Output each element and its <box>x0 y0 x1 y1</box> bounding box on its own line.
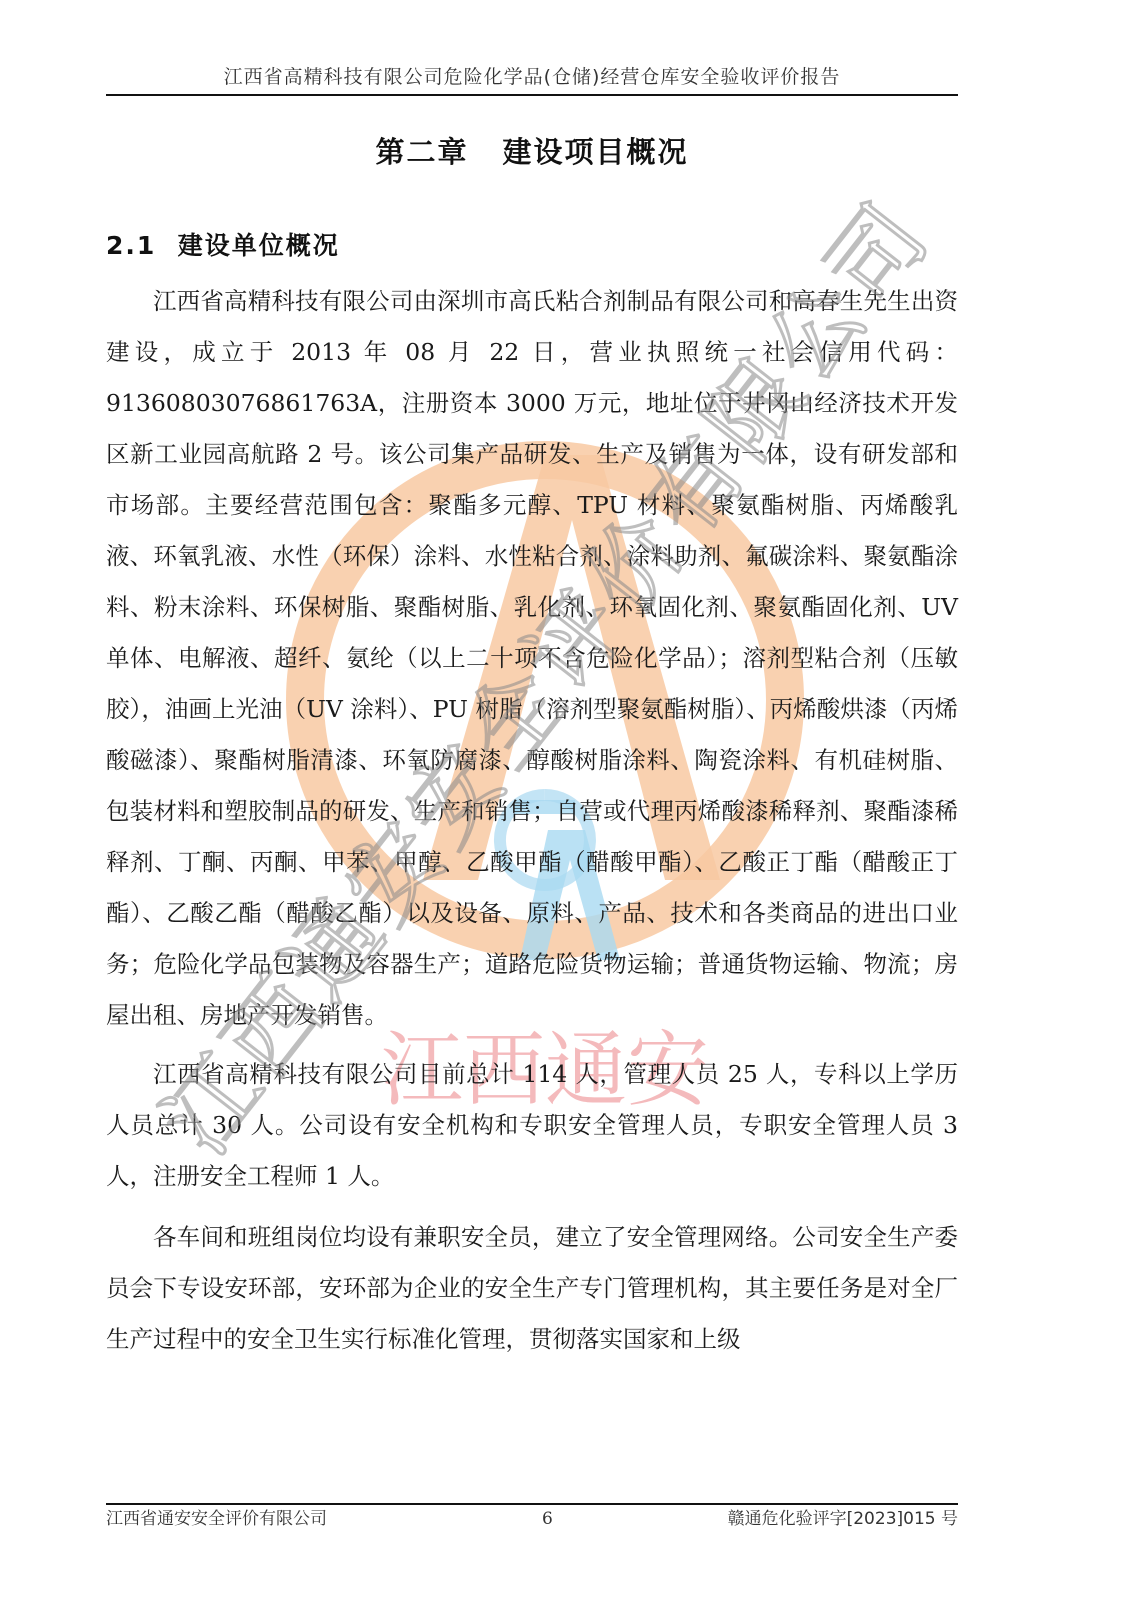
running-title: 江西省高精科技有限公司危险化学品(仓储)经营仓库安全验收评价报告 <box>224 66 841 88</box>
page-number: 6 <box>542 1506 553 1532</box>
paragraph-staffing: 江西省高精科技有限公司目前总计 114 人，管理人员 25 人，专科以上学历人员… <box>106 1049 958 1202</box>
page-header: 江西省高精科技有限公司危险化学品(仓储)经营仓库安全验收评价报告 <box>106 62 958 96</box>
body-text: 江西省高精科技有限公司由深圳市高氏粘合剂制品有限公司和高春生先生出资建设，成立于… <box>106 276 958 1365</box>
chapter-title: 第二章建设项目概况 <box>106 130 958 171</box>
document-number: 赣通危化验评字[2023]015 号 <box>728 1506 958 1532</box>
paragraph-safety-organization: 各车间和班组岗位均设有兼职安全员，建立了安全管理网络。公司安全生产委员会下专设安… <box>106 1212 958 1365</box>
paragraph-company-overview: 江西省高精科技有限公司由深圳市高氏粘合剂制品有限公司和高春生先生出资建设，成立于… <box>106 276 958 1041</box>
chapter-name: 建设项目概况 <box>503 135 689 169</box>
footer-company: 江西省通安安全评价有限公司 <box>106 1506 327 1532</box>
chapter-number: 第二章 <box>375 135 468 169</box>
section-title: 2.1 建设单位概况 <box>106 226 340 262</box>
page-footer: 江西省通安安全评价有限公司 6 赣通危化验评字[2023]015 号 <box>106 1503 958 1531</box>
